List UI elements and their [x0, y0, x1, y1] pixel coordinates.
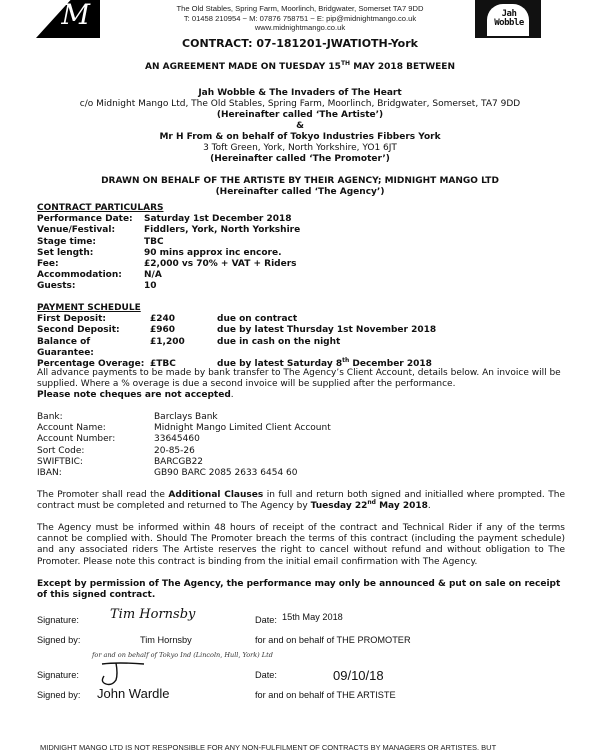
bank-row: SWIFTBIC:BARCGB22	[37, 457, 331, 468]
clause-breach: The Agency must be informed within 48 ho…	[37, 523, 565, 568]
bank-value: BARCGB22	[154, 457, 203, 468]
particular-value: £2,000 vs 70% + VAT + Riders	[144, 259, 297, 270]
payment-row: First Deposit:£240due on contract	[37, 314, 436, 325]
particular-value: Fiddlers, York, North Yorkshire	[144, 225, 300, 236]
return-deadline-end: May 2018	[376, 501, 428, 511]
cheque-notice: Please note cheques are not accepted	[37, 390, 231, 400]
bank-value: 33645460	[154, 434, 200, 445]
particulars-heading: CONTRACT PARTICULARS	[37, 203, 300, 214]
payment-amount: £960	[150, 325, 217, 336]
bank-label: Account Number:	[37, 434, 154, 445]
particular-value: Saturday 1st December 2018	[144, 214, 292, 225]
particular-row: Venue/Festival:Fiddlers, York, North Yor…	[37, 225, 300, 236]
particular-label: Stage time:	[37, 237, 144, 248]
payment-label: Balance of Guarantee:	[37, 337, 150, 359]
clause-text: The Promoter shall read the	[37, 490, 168, 500]
artiste-called: (Hereinafter called ‘The Artiste’)	[0, 110, 600, 121]
artiste-behalf: for and on behalf of THE ARTISTE	[255, 690, 396, 700]
payment-schedule: PAYMENT SCHEDULE First Deposit:£240due o…	[37, 303, 436, 370]
bank-value: Barclays Bank	[154, 412, 218, 423]
bank-details: Bank:Barclays BankAccount Name:Midnight …	[37, 412, 331, 479]
clause-end: .	[428, 501, 431, 511]
bank-label: IBAN:	[37, 468, 154, 479]
particular-label: Accommodation:	[37, 270, 144, 281]
particular-row: Set length:90 mins approx inc encore.	[37, 248, 300, 259]
payment-row: Balance of Guarantee:£1,200due in cash o…	[37, 337, 436, 359]
bank-label: Bank:	[37, 412, 154, 423]
return-deadline: Tuesday 22	[311, 501, 368, 511]
due-text: due on contract	[217, 314, 297, 324]
agency-line: DRAWN ON BEHALF OF THE ARTISTE BY THEIR …	[0, 176, 600, 187]
particular-value: N/A	[144, 270, 162, 281]
bank-row: Account Number:33645460	[37, 434, 331, 445]
due-text: due by latest Thursday 1st November 2018	[217, 325, 436, 335]
artiste-signed-by-name[interactable]: John Wardle	[97, 686, 170, 701]
promoter-signed-by-label: Signed by:	[37, 635, 80, 645]
particular-row: Accommodation:N/A	[37, 270, 300, 281]
promoter-name: Mr H From & on behalf of Tokyo Industrie…	[0, 132, 600, 143]
artiste-date-label: Date:	[255, 670, 277, 680]
particular-label: Fee:	[37, 259, 144, 270]
bank-row: Bank:Barclays Bank	[37, 412, 331, 423]
payment-amount: £240	[150, 314, 217, 325]
payment-label: First Deposit:	[37, 314, 150, 325]
agreement-title: AN AGREEMENT MADE ON TUESDAY 15TH MAY 20…	[0, 62, 600, 73]
contract-particulars: CONTRACT PARTICULARS Performance Date:Sa…	[37, 203, 300, 293]
payment-due: due by latest Thursday 1st November 2018	[217, 325, 436, 336]
promoter-date-label: Date:	[255, 615, 277, 625]
payment-amount: £1,200	[150, 337, 217, 359]
bank-label: Account Name:	[37, 423, 154, 434]
promoter-called: (Hereinafter called ‘The Promoter’)	[0, 154, 600, 165]
particular-row: Stage time:TBC	[37, 237, 300, 248]
ampersand: &	[0, 121, 600, 132]
particular-row: Performance Date:Saturday 1st December 2…	[37, 214, 300, 225]
payment-due: due on contract	[217, 314, 297, 325]
promoter-address: 3 Toft Green, York, North Yorkshire, YO1…	[0, 143, 600, 154]
artiste-date-value[interactable]: 09/10/18	[333, 668, 384, 683]
payment-row: Second Deposit:£960due by latest Thursda…	[37, 325, 436, 336]
title-text-end: MAY 2018 BETWEEN	[350, 62, 455, 72]
particular-value: TBC	[144, 237, 164, 248]
payment-note-text: All advance payments to be made by bank …	[37, 368, 561, 389]
bank-row: Sort Code:20-85-26	[37, 446, 331, 457]
promoter-handwritten-note: for and on behalf of Tokyo Ind (Lincoln,…	[92, 651, 273, 659]
clause-announcement: Except by permission of The Agency, the …	[37, 579, 565, 601]
title-text: AN AGREEMENT MADE ON TUESDAY 15	[145, 62, 341, 72]
artiste-signature[interactable]	[98, 660, 148, 688]
jah-wobble-logo: Jah Wobble	[475, 0, 541, 38]
promoter-behalf: for and on behalf of THE PROMOTER	[255, 635, 411, 645]
particular-label: Performance Date:	[37, 214, 144, 225]
promoter-signature[interactable]: Tim Hornsby	[110, 607, 195, 622]
cheque-notice-end: .	[231, 390, 234, 400]
artiste-address: c/o Midnight Mango Ltd, The Old Stables,…	[0, 99, 600, 110]
particular-value: 90 mins approx inc encore.	[144, 248, 282, 259]
due-text: due in cash on the night	[217, 337, 340, 347]
promoter-date-value[interactable]: 15th May 2018	[282, 612, 343, 622]
bank-row: Account Name:Midnight Mango Limited Clie…	[37, 423, 331, 434]
artiste-name: Jah Wobble & The Invaders of The Heart	[0, 88, 600, 99]
payment-note: All advance payments to be made by bank …	[37, 368, 565, 402]
clause-additional: The Promoter shall read the Additional C…	[37, 490, 565, 512]
liability-footer: MIDNIGHT MANGO LTD IS NOT RESPONSIBLE FO…	[40, 743, 600, 750]
payment-label: Second Deposit:	[37, 325, 150, 336]
signature-scrawl-icon	[98, 660, 148, 688]
bank-label: SWIFTBIC:	[37, 457, 154, 468]
bank-label: Sort Code:	[37, 446, 154, 457]
artiste-signed-by-label: Signed by:	[37, 690, 80, 700]
payment-due: due in cash on the night	[217, 337, 340, 359]
title-sup: TH	[341, 60, 350, 67]
contract-number: CONTRACT: 07-181201-JWATIOTH-York	[0, 37, 600, 50]
agency-called: (Hereinafter called ‘The Agency’)	[0, 187, 600, 198]
logo-text: Jah Wobble	[489, 10, 529, 28]
bank-value: GB90 BARC 2085 2633 6454 60	[154, 468, 298, 479]
promoter-signature-label: Signature:	[37, 615, 79, 625]
promoter-signed-by-name[interactable]: Tim Hornsby	[140, 635, 192, 645]
deadline-sup: nd	[367, 499, 376, 506]
particular-value: 10	[144, 281, 157, 292]
payment-heading: PAYMENT SCHEDULE	[37, 303, 436, 314]
additional-clauses-ref: Additional Clauses	[168, 490, 263, 500]
bank-value: 20-85-26	[154, 446, 195, 457]
particular-label: Set length:	[37, 248, 144, 259]
bank-value: Midnight Mango Limited Client Account	[154, 423, 331, 434]
bank-row: IBAN:GB90 BARC 2085 2633 6454 60	[37, 468, 331, 479]
particular-row: Guests:10	[37, 281, 300, 292]
artiste-signature-label: Signature:	[37, 670, 79, 680]
particular-label: Venue/Festival:	[37, 225, 144, 236]
particular-row: Fee:£2,000 vs 70% + VAT + Riders	[37, 259, 300, 270]
particular-label: Guests:	[37, 281, 144, 292]
